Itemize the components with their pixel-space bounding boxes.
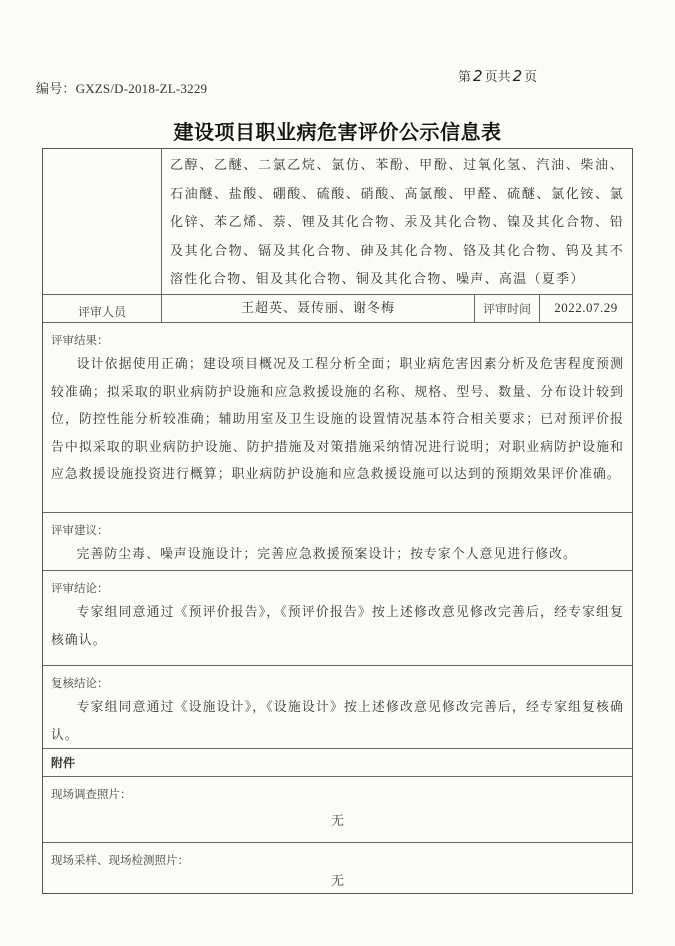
- review-suggestion-label: 评审建议：: [51, 519, 624, 541]
- reviewer-names: 王超英、聂传丽、谢冬梅: [162, 295, 475, 322]
- site-sampling-photos-label: 现场采样、现场检测照片：: [51, 849, 624, 871]
- review-result-section: 评审结果： 设计依据使用正确；建设项目概况及工程分析全面；职业病危害因素分析及危…: [43, 323, 632, 513]
- hazards-list: 乙醇、乙醚、二氯乙烷、氯仿、苯酚、甲酚、过氧化氢、汽油、柴油、石油醚、盐酸、硼酸…: [162, 149, 632, 294]
- hazards-label-cell: [43, 149, 162, 294]
- hazards-row: 乙醇、乙醚、二氯乙烷、氯仿、苯酚、甲酚、过氧化氢、汽油、柴油、石油醚、盐酸、硼酸…: [43, 149, 632, 295]
- review-result-label: 评审结果：: [51, 329, 624, 351]
- attachment-label: 附件: [51, 752, 624, 774]
- attachment-section: 附件: [43, 749, 632, 777]
- info-table: 乙醇、乙醚、二氯乙烷、氯仿、苯酚、甲酚、过氧化氢、汽油、柴油、石油醚、盐酸、硼酸…: [42, 148, 633, 894]
- review-conclusion-section: 评审结论： 专家组同意通过《预评价报告》，《预评价报告》按上述修改意见修改完善后…: [43, 571, 632, 666]
- page-prefix: 第: [458, 69, 471, 84]
- review-suggestion-body: 完善防尘毒、噪声设施设计；完善应急救援预案设计；按专家个人意见进行修改。: [51, 541, 624, 569]
- site-survey-photos-section: 现场调查照片： 无: [43, 777, 632, 843]
- site-sampling-photos-section: 现场采样、现场检测照片： 无: [43, 843, 632, 893]
- review-suggestion-section: 评审建议： 完善防尘毒、噪声设施设计；完善应急救援预案设计；按专家个人意见进行修…: [43, 513, 632, 571]
- site-sampling-photos-value: 无: [51, 871, 624, 893]
- reviewer-label: 评审人员: [43, 295, 162, 322]
- review-result-body: 设计依据使用正确；建设项目概况及工程分析全面；职业病危害因素分析及危害程度预测较…: [51, 351, 624, 489]
- review-time-label: 评审时间: [475, 295, 540, 322]
- page-middle: 页共: [485, 69, 511, 84]
- review-conclusion-label: 评审结论：: [51, 577, 624, 599]
- site-survey-photos-value: 无: [51, 811, 624, 833]
- recheck-conclusion-label: 复核结论：: [51, 672, 624, 694]
- site-survey-photos-label: 现场调查照片：: [51, 783, 624, 805]
- recheck-conclusion-body: 专家组同意通过《设施设计》，《设施设计》按上述修改意见修改完善后，经专家组复核确…: [51, 694, 624, 749]
- document-title: 建设项目职业病危害评价公示信息表: [0, 116, 675, 145]
- review-time-value: 2022.07.29: [540, 295, 632, 322]
- page-total: 2: [513, 67, 523, 85]
- review-conclusion-body: 专家组同意通过《预评价报告》，《预评价报告》按上述修改意见修改完善后，经专家组复…: [51, 599, 624, 654]
- recheck-conclusion-section: 复核结论： 专家组同意通过《设施设计》，《设施设计》按上述修改意见修改完善后，经…: [43, 666, 632, 749]
- page-current: 2: [473, 67, 483, 85]
- page-indicator: 第2页共2页: [458, 66, 537, 85]
- document-number: 编号：GXZS/D-2018-ZL-3229: [36, 78, 207, 97]
- page-suffix: 页: [524, 69, 537, 84]
- review-info-row: 评审人员 王超英、聂传丽、谢冬梅 评审时间 2022.07.29: [43, 295, 632, 323]
